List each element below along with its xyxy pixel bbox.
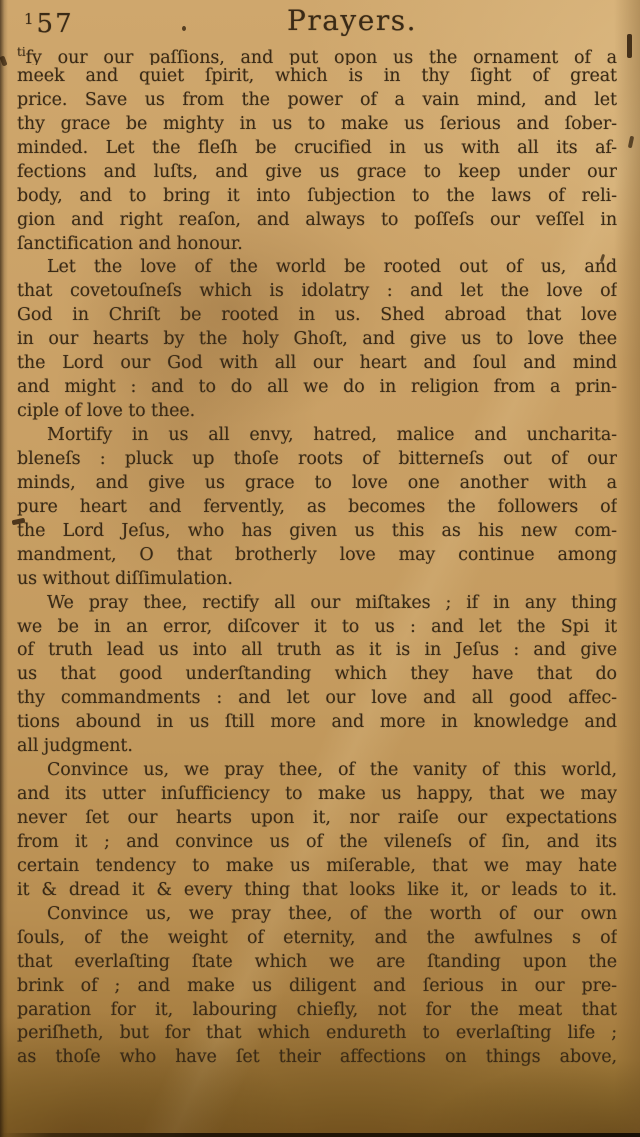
ink-speck xyxy=(627,34,632,58)
text-line: Convince us, we pray thee, of the vanity… xyxy=(17,759,617,783)
text-line: us without diſſimulation. xyxy=(17,568,617,592)
text-line: and its utter inſufficiency to make us h… xyxy=(17,783,617,807)
paragraph: Mortify in us all envy, hatred, malice a… xyxy=(17,424,617,592)
text-line: gion and right reaſon, and always to poſ… xyxy=(17,209,617,233)
paragraph: We pray thee, rectify all our miſtakes ;… xyxy=(17,592,617,760)
text-line: of truth lead us into all truth as it is… xyxy=(17,639,617,663)
text-line: it & dread it & every thing that looks l… xyxy=(17,879,617,903)
page-number-value: 57 xyxy=(37,9,74,39)
text-block: tify our our paſſions, and put opon us t… xyxy=(17,41,617,1070)
text-line: body, and to bring it into ſubjection to… xyxy=(17,185,617,209)
text-line: Let the love of the world be rooted out … xyxy=(17,256,617,280)
page-right-edge-shadow xyxy=(614,0,640,1137)
text-line: periſheth, but for that which endureth t… xyxy=(17,1022,617,1046)
text-line: We pray thee, rectify all our miſtakes ;… xyxy=(17,592,617,616)
text-line: paration for it, labouring chiefly, not … xyxy=(17,999,617,1023)
text-line: minds, and give us grace to love one ano… xyxy=(17,472,617,496)
page-left-edge-shadow xyxy=(0,0,8,1137)
running-title: Prayers. xyxy=(287,4,417,37)
paragraph: Let the love of the world be rooted out … xyxy=(17,256,617,424)
text-line: the Lord our God with all our heart and … xyxy=(17,352,617,376)
text-line: ſouls, of the weight of eternity, and th… xyxy=(17,927,617,951)
text-line: mandment, O that brotherly love may cont… xyxy=(17,544,617,568)
text-line: the Lord Jeſus, who has given us this as… xyxy=(17,520,617,544)
text-line: we be in an error, diſcover it to us : a… xyxy=(17,616,617,640)
text-line: fections and luſts, and give us grace to… xyxy=(17,161,617,185)
book-page: 157 Prayers. tify our our paſſions, and … xyxy=(0,0,640,1137)
text-line: from it ; and convince us of the vileneſ… xyxy=(17,831,617,855)
text-line: pure heart and fervently, as becomes the… xyxy=(17,496,617,520)
text-line: and might : and to do all we do in relig… xyxy=(17,376,617,400)
text-line: never ſet our hearts upon it, nor raiſe … xyxy=(17,807,617,831)
ink-speck xyxy=(0,55,8,66)
paragraph: Convince us, we pray thee, of the worth … xyxy=(17,903,617,1071)
text-line: minded. Let the fleſh be crucified in us… xyxy=(17,137,617,161)
paragraph: Convince us, we pray thee, of the vanity… xyxy=(17,759,617,903)
text-line: all judgment. xyxy=(17,735,617,759)
text-line: brink of ; and make us diligent and ſeri… xyxy=(17,975,617,999)
text-line: thy commandments : and let our love and … xyxy=(17,687,617,711)
text-line: as thoſe who have ſet their affections o… xyxy=(17,1046,617,1070)
raised-syllable: ti xyxy=(17,45,26,59)
text-line: that everlaſting ſtate which we are ſtan… xyxy=(17,951,617,975)
ink-speck xyxy=(182,26,186,31)
text-line: thy grace be mighty in us to make us ſer… xyxy=(17,113,617,137)
page-header: 157 Prayers. xyxy=(0,6,640,44)
text-line: certain tendency to make us miſerable, t… xyxy=(17,855,617,879)
text-line: price. Save us from the power of a vain … xyxy=(17,89,617,113)
text-line: us that good underſtanding which they ha… xyxy=(17,663,617,687)
text-line: ſanctification and honour. xyxy=(17,233,617,257)
paragraph: tify our our paſſions, and put opon us t… xyxy=(17,41,617,256)
page-number: 157 xyxy=(24,9,74,39)
text-line: in our hearts by the holy Ghoſt, and giv… xyxy=(17,328,617,352)
page-bottom-edge xyxy=(0,1133,640,1137)
text-line: ciple of love to thee. xyxy=(17,400,617,424)
text-line: God in Chriſt be rooted in us. Shed abro… xyxy=(17,304,617,328)
text-line: tions abound in us ſtill more and more i… xyxy=(17,711,617,735)
ink-speck xyxy=(628,136,634,149)
text-line: meek and quiet ſpirit, which is in thy ſ… xyxy=(17,65,617,89)
page-number-prefix: 1 xyxy=(24,10,36,28)
text-line: Convince us, we pray thee, of the worth … xyxy=(17,903,617,927)
text-line: that covetouſneſs which is idolatry : an… xyxy=(17,280,617,304)
text-line: Mortify in us all envy, hatred, malice a… xyxy=(17,424,617,448)
text-line: bleneſs : pluck up thoſe roots of bitter… xyxy=(17,448,617,472)
text-line: tify our our paſſions, and put opon us t… xyxy=(17,41,617,65)
